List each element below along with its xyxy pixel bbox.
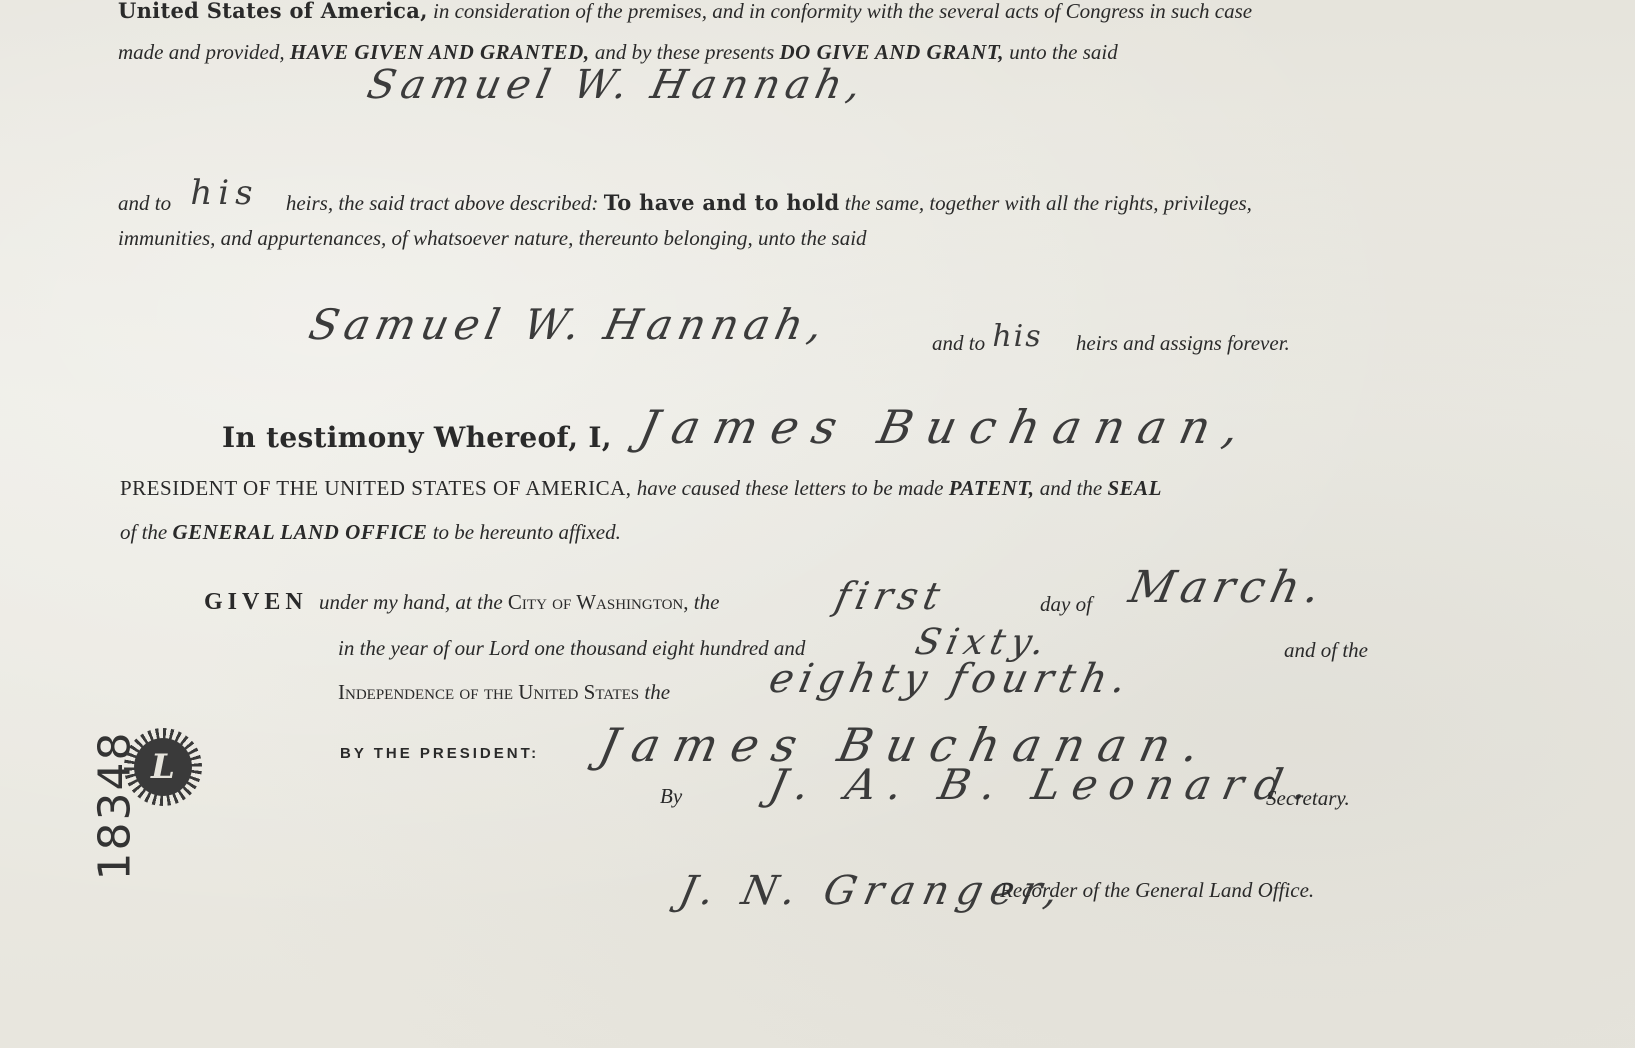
consideration-text: in consideration of the premises, and in…: [433, 0, 1252, 23]
given-text1: under my hand, at the: [319, 590, 503, 614]
seal-word: SEAL: [1107, 476, 1162, 500]
general-land-office: GENERAL LAND OFFICE: [173, 520, 428, 544]
by-label: By: [660, 786, 682, 807]
recorder-title: Recorder of the General Land Office.: [1000, 880, 1314, 901]
president-title-caps: PRESIDENT OF THE UNITED STATES OF AMERIC…: [120, 476, 632, 500]
line2-post: unto the said: [1009, 40, 1118, 64]
line5-pre: and to: [932, 331, 985, 355]
line2-pre: made and provided,: [118, 40, 285, 64]
seal-icon: L: [124, 728, 202, 806]
and-of-the: and of the: [1284, 640, 1368, 661]
line-6: PRESIDENT OF THE UNITED STATES OF AMERIC…: [120, 478, 1162, 499]
line-4: immunities, and appurtenances, of whatso…: [118, 228, 867, 249]
pronoun-hand-2: his: [992, 319, 1042, 354]
grantee-signature-1: Samuel W. Hannah,: [363, 62, 871, 108]
land-patent-document: United States of America, in considerati…: [0, 0, 1635, 1048]
line-7: of the GENERAL LAND OFFICE to be hereunt…: [120, 522, 621, 543]
line5-post: heirs and assigns forever.: [1076, 331, 1290, 355]
grantee-signature-2: Samuel W. Hannah,: [305, 300, 833, 349]
line7-pre: of the: [120, 520, 167, 544]
independence-year-hand: eighty fourth.: [765, 656, 1136, 702]
line-5: and to his heirs and assigns forever.: [932, 326, 1290, 356]
line2-mid: and by these presents: [595, 40, 774, 64]
seal-letter: L: [151, 747, 175, 787]
do-give-grant: DO GIVE AND GRANT,: [780, 40, 1005, 64]
line3-post: the same, together with all the rights, …: [845, 191, 1252, 215]
given-line: GIVEN under my hand, at the City of Wash…: [204, 590, 719, 614]
independence-the: the: [644, 680, 670, 704]
independence-sc: Independence of the United States: [338, 680, 639, 704]
testimony-heading: In testimony Whereof, I,: [222, 424, 612, 452]
secretary-title: Secretary.: [1266, 788, 1350, 809]
gothic-united-states: United States of America,: [118, 0, 428, 23]
given-text2: the: [694, 590, 720, 614]
line7-post: to be hereunto affixed.: [433, 520, 621, 544]
line-1: United States of America, in considerati…: [118, 0, 1252, 22]
day-hand: first: [831, 574, 950, 618]
line-2: made and provided, HAVE GIVEN AND GRANTE…: [118, 42, 1118, 63]
year-text: in the year of our Lord one thousand eig…: [338, 638, 805, 659]
by-the-president-label: BY THE PRESIDENT:: [340, 746, 539, 761]
independence-line: Independence of the United States the: [338, 682, 670, 703]
line6-mid2: and the: [1040, 476, 1102, 500]
gothic-to-have-hold: To have and to hold: [604, 190, 840, 215]
month-hand: March.: [1125, 562, 1331, 613]
given-label: GIVEN: [204, 589, 308, 615]
day-of-text: day of: [1040, 594, 1092, 615]
have-given-granted: HAVE GIVEN AND GRANTED,: [290, 40, 590, 64]
president-signature-1: James Buchanan,: [634, 400, 1258, 454]
secretary-signature: J. A. B. Leonard.: [765, 760, 1325, 809]
line6-mid: have caused these letters to be made: [637, 476, 944, 500]
pronoun-hand-1: his: [190, 173, 258, 213]
line3-mid: heirs, the said tract above described:: [286, 191, 599, 215]
line-3: and to his heirs, the said tract above d…: [118, 182, 1252, 216]
line3-pre: and to: [118, 191, 171, 215]
city-of-washington: City of Washington,: [508, 590, 689, 614]
patent-word: PATENT,: [949, 476, 1035, 500]
